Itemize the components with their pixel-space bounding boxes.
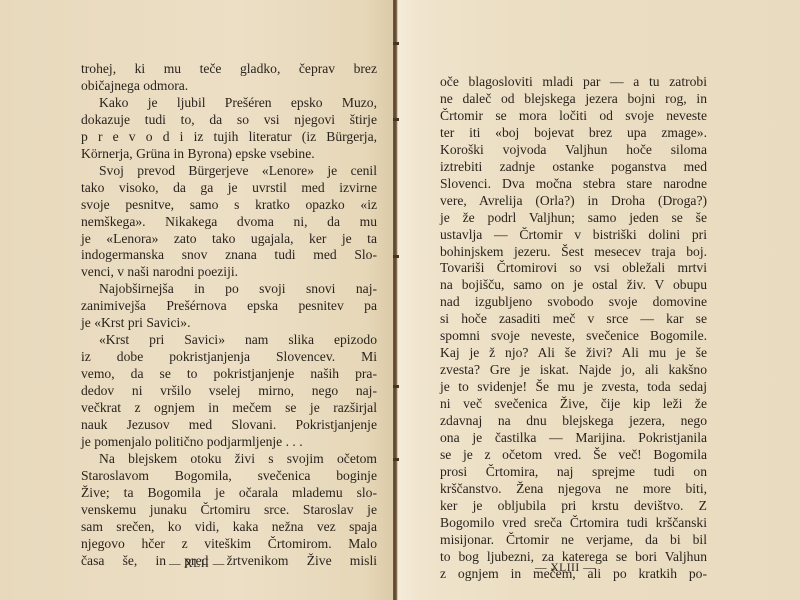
text-line: prosi Črtomira, naj sprejme tudi on [440, 464, 707, 481]
text-line: zanimivejša Prešérnova epska pesnitev pa [81, 298, 377, 315]
text-line: zvesta? Gre je iskat. Najde jo, ali kakš… [440, 362, 707, 379]
text-line: tako visoko, da ga je uvrstil med izvirn… [81, 180, 377, 197]
text-line: Staroslavom Bogomila, svečenica boginje [81, 468, 377, 485]
text-line: iz dobe pokristjanjenja Slovencev. Mi [81, 349, 377, 366]
text-line: venskemu junaku Črtomiru srce. Staroslav… [81, 502, 377, 519]
page-number-right: — XLIII — [535, 562, 595, 574]
text-line: nemškega». Nikakega dvoma ni, da mu [81, 214, 377, 231]
text-line: svoje pesnitve, samo s kratko opazko «iz [81, 197, 377, 214]
text-line: oče blagosloviti mladi par — a tu zatrob… [440, 74, 707, 91]
text-line: se je z očetom vred. Še več! Bogomila [440, 447, 707, 464]
text-line: krščanstvo. Žena njegova ne more biti, [440, 481, 707, 498]
right-page-text: oče blagosloviti mladi par — a tu zatrob… [440, 74, 707, 583]
binding-stitch [393, 458, 399, 461]
text-line: Na blejskem otoku živi s svojim očetom [81, 451, 377, 468]
text-line: bohinjskem jezeru. Šest mesecev traja bo… [440, 244, 707, 261]
text-line: Körnerja, Grüna in Byrona) epske vsebine… [81, 146, 377, 163]
text-line: ona je častilka — Marijina. Pokristjanil… [440, 430, 707, 447]
text-line: trohej, ki mu teče gladko, čeprav brez [81, 61, 377, 78]
text-line: Bogomilo vred sreča Črtomira tudi krščan… [440, 515, 707, 532]
text-line: ne daleč od blejskega jezera bojni rog, … [440, 91, 707, 108]
text-line: ustavlja — Črtomir v bistriški dolini pr… [440, 227, 707, 244]
text-line: Najobširnejša in po svoji snovi naj- [81, 281, 377, 298]
text-line: vere, Avrelija (Orla?) in Droha (Droga?) [440, 193, 707, 210]
text-line: njegovo hčer z viteškim Črtomirom. Malo [81, 536, 377, 553]
text-line: Kaj je ž njo? Ali še živi? Ali mu je še [440, 345, 707, 362]
text-line: misijonar. Črtomir ne verjame, da bi bil [440, 532, 707, 549]
text-line: na bojišču, samo on je ostal živ. V obup… [440, 277, 707, 294]
text-line: sam srečen, ko vidi, kaka nežna vez spaj… [81, 519, 377, 536]
left-page-text: trohej, ki mu teče gladko, čeprav brezob… [81, 61, 377, 570]
text-line: dedov ni vršilo vselej mirno, nego naj- [81, 383, 377, 400]
text-line: običajnega odmora. [81, 78, 377, 95]
text-line: dokazuje tudi to, da so vsi njegovi štir… [81, 112, 377, 129]
binding-stitch [393, 385, 399, 388]
book-gutter [393, 0, 397, 600]
text-line: Koroški vojvoda Valjhun hoče siloma [440, 142, 707, 159]
text-line: indogermanska snov znana tudi med Slo- [81, 247, 377, 264]
text-line: Slovenci. Dva močna stebra stare narodne [440, 176, 707, 193]
text-line: «Krst pri Savici» nam slika epizodo [81, 332, 377, 349]
text-line: je «Krst pri Savici». [81, 315, 377, 332]
text-line: ni več svečenica Žive, čije kip leži že [440, 396, 707, 413]
page-number-left: — XLII — [169, 558, 225, 570]
text-line: časa še, in pred žrtvenikom Žive misli [81, 553, 377, 570]
text-line: ker je obljubila pri krstu devištvo. Z [440, 498, 707, 515]
text-line: venci, v naši narodni poeziji. [81, 264, 377, 281]
text-line: je «Lenora» zato tako ugajala, ker je ta [81, 231, 377, 248]
text-line: Črtomir se mora ločiti od svoje neveste [440, 108, 707, 125]
binding-stitch [393, 118, 399, 121]
text-line: večkrat z ognjem in mečem se je razširja… [81, 400, 377, 417]
binding-stitch [393, 255, 399, 258]
text-line: si hoče zasaditi meč v srce — kar se [440, 311, 707, 328]
text-line: je to svidenje! Še mu je zvesta, toda se… [440, 379, 707, 396]
binding-stitch [393, 42, 399, 45]
text-line: Svoj prevod Bürgerjeve «Lenore» je cenil [81, 163, 377, 180]
text-line: Tovariši Črtomirovi so vsi obležali mrtv… [440, 260, 707, 277]
text-line: je že podrl Valjhun; samo jeden se še [440, 210, 707, 227]
text-line: Žive; ta Bogomila je očarala mlademu slo… [81, 485, 377, 502]
text-line: vemo, da se to pokristjanjenje naših pra… [81, 366, 377, 383]
left-page: trohej, ki mu teče gladko, čeprav brezob… [0, 0, 398, 600]
right-page: oče blagosloviti mladi par — a tu zatrob… [398, 0, 800, 600]
text-line: je pomenjalo politično podjarmljenje . .… [81, 434, 377, 451]
text-line: nad izgubljeno svobodo svoje domovine [440, 294, 707, 311]
text-line: Kako je ljubil Prešéren epsko Muzo, [81, 95, 377, 112]
text-line: zdavnaj na dnu blejskega jezera, nego [440, 413, 707, 430]
book-spread: trohej, ki mu teče gladko, čeprav brezob… [0, 0, 800, 600]
text-line: p r e v o d i iz tujih literatur (iz Bür… [81, 129, 377, 146]
text-line: iztrebiti zadnje ostanke poganstva med [440, 159, 707, 176]
text-line: nauk Jezusov med Slovani. Pokristjanjenj… [81, 417, 377, 434]
text-line: spomni svoje neveste, svečenice Bogomile… [440, 328, 707, 345]
text-line: ter iti «boj bojevat brez upa zmage». [440, 125, 707, 142]
